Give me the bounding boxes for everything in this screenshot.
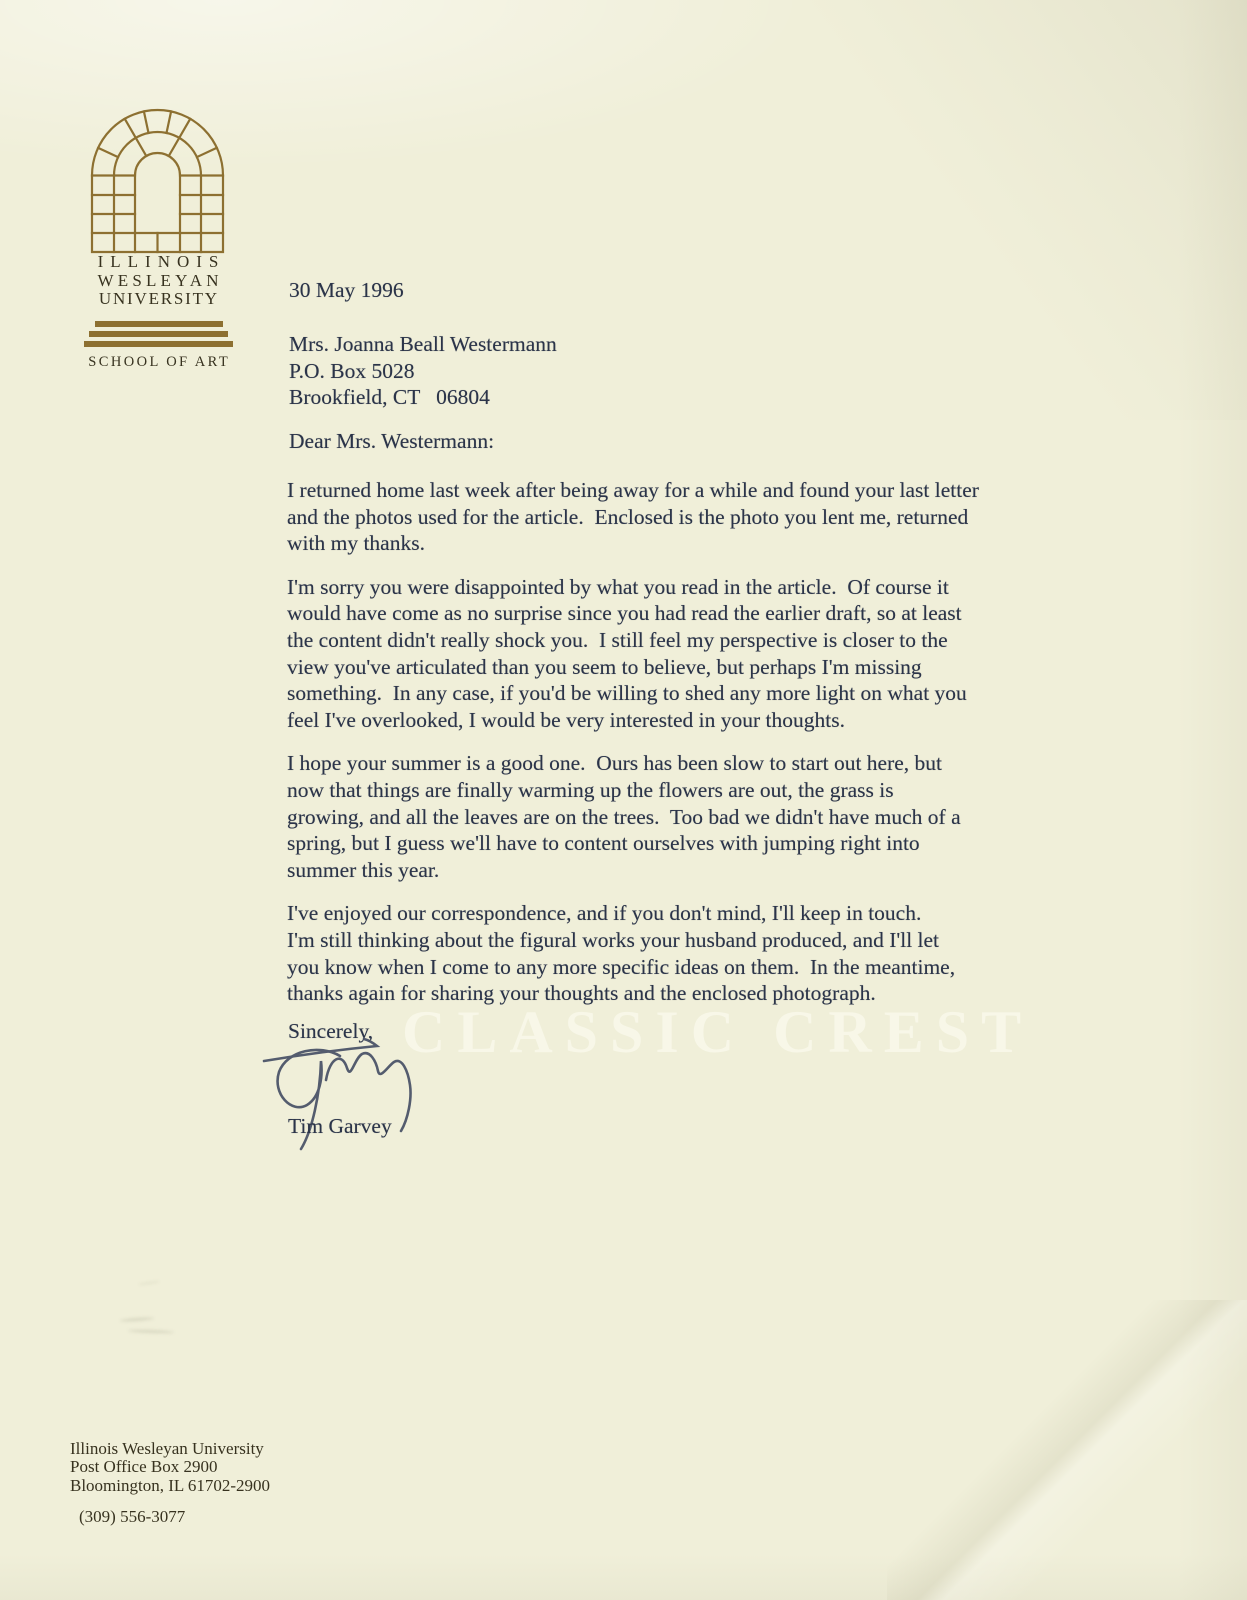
university-name: ILLINOIS WESLEYAN UNIVERSITY — [84, 253, 232, 309]
letter-paragraph-4: I've enjoyed our correspondence, and if … — [287, 900, 1097, 1007]
university-name-line: UNIVERSITY — [84, 290, 232, 309]
signature-name: Tim Garvey — [288, 1114, 392, 1139]
handwritten-signature — [250, 1025, 430, 1165]
logo-bar — [95, 321, 223, 327]
letter-paragraph-2: I'm sorry you were disappointed by what … — [287, 574, 1097, 734]
paper-edge-shadow-right — [1177, 0, 1247, 1600]
paper-crease-top-right — [787, 0, 1247, 420]
letter-paragraph-3: I hope your summer is a good one. Ours h… — [287, 750, 1097, 884]
letter-paragraph-1: I returned home last week after being aw… — [287, 477, 1097, 557]
footer-phone: (309) 556-3077 — [79, 1507, 185, 1527]
salutation: Dear Mrs. Westermann: — [289, 429, 494, 454]
university-name-line: ILLINOIS — [84, 253, 232, 272]
paper-fold-bottom-right — [887, 1300, 1247, 1600]
logo-step-bars — [84, 321, 233, 351]
scanned-letter-page: CLASSIC CREST ILLINOIS WESLEYAN UNIVERSI… — [0, 0, 1247, 1600]
letter-body: I returned home last week after being aw… — [287, 477, 1097, 1024]
paper-smudge — [128, 1329, 174, 1334]
paper-edge-shadow-bottom — [0, 1554, 1247, 1600]
letter-date: 30 May 1996 — [289, 278, 404, 303]
university-name-line: WESLEYAN — [84, 272, 232, 291]
university-arch-window-logo-icon — [90, 108, 225, 254]
logo-bar — [84, 341, 233, 347]
paper-smudge — [120, 1317, 154, 1322]
recipient-address-block: Mrs. Joanna Beall Westermann P.O. Box 50… — [289, 331, 557, 411]
paper-smudge — [138, 1280, 160, 1285]
footer-address: Illinois Wesleyan University Post Office… — [70, 1440, 270, 1495]
logo-bar — [89, 331, 228, 337]
department-name: SCHOOL OF ART — [82, 354, 234, 371]
